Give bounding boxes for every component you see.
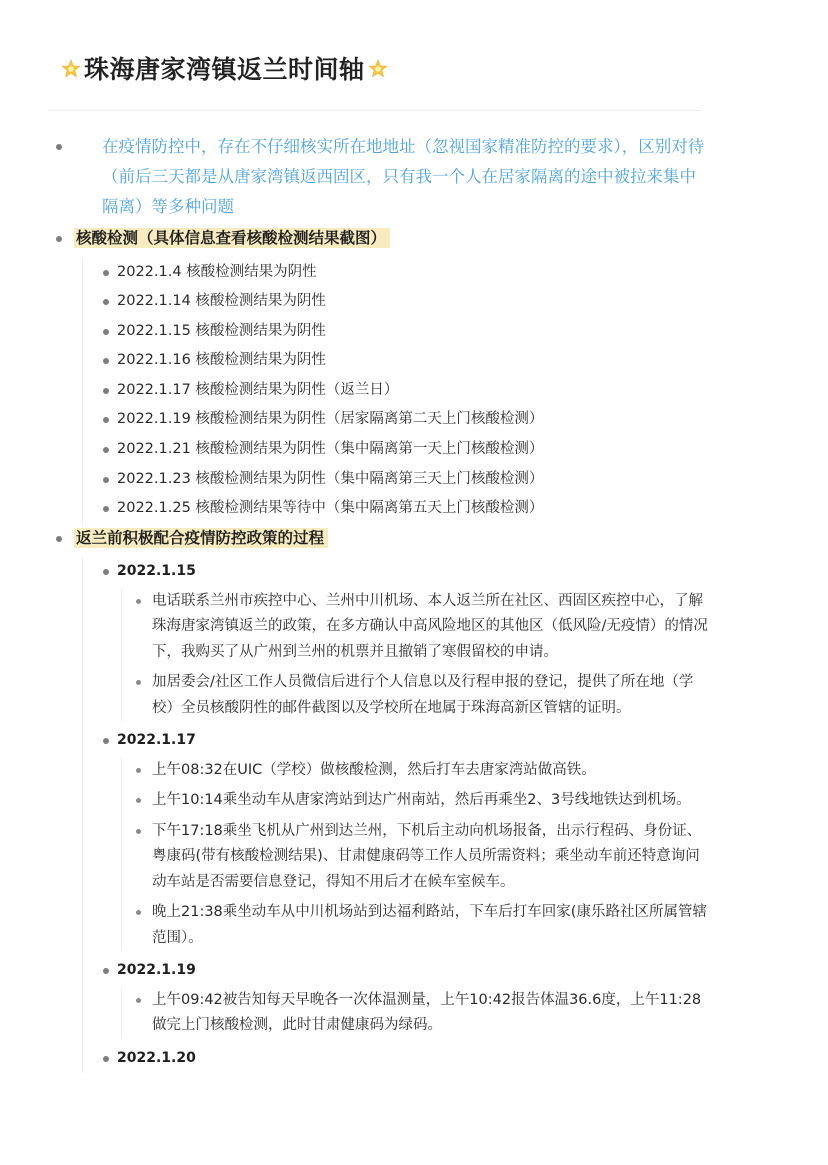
nucleic-test-list: 2022.1.4 核酸检测结果为阴性 2022.1.14 核酸检测结果为阴性 2… bbox=[82, 258, 712, 524]
section-heading: 核酸检测（具体信息查看核酸检测结果截图） bbox=[74, 228, 390, 248]
list-item: 2022.1.21 核酸检测结果为阴性（集中隔离第一天上门核酸检测） bbox=[103, 435, 712, 465]
day-item: 2022.1.20 bbox=[103, 1044, 712, 1074]
list-item: 2022.1.16 核酸检测结果为阴性 bbox=[103, 346, 712, 376]
event-item: 晚上21:38乘坐动车从中川机场站到达福利路站，下车后打车回家(康乐路社区所属管… bbox=[136, 900, 712, 951]
section-heading: 返兰前积极配合疫情防控政策的过程 bbox=[74, 528, 328, 548]
list-item: 2022.1.19 核酸检测结果为阴性（居家隔离第二天上门核酸检测） bbox=[103, 405, 712, 435]
event-item: 上午09:42被告知每天早晚各一次体温测量，上午10:42报告体温36.6度，上… bbox=[136, 988, 712, 1039]
intro-paragraph: 在疫情防控中，存在不仔细核实所在地地址（忽视国家精准防控的要求），区别对待（前后… bbox=[52, 132, 712, 222]
section-nucleic-tests: 核酸检测（具体信息查看核酸检测结果截图） 2022.1.4 核酸检测结果为阴性 … bbox=[52, 224, 712, 524]
day-item: 2022.1.15 电话联系兰州市疾控中心、兰州中川机场、本人返兰所在社区、西固… bbox=[103, 557, 712, 721]
event-list: 上午08:32在UIC（学校）做核酸检测，然后打车去唐家湾站做高铁。 上午10:… bbox=[121, 758, 712, 952]
event-item: 电话联系兰州市疾控中心、兰州中川机场、本人返兰所在社区、西固区疾控中心，了解珠海… bbox=[136, 589, 712, 666]
event-list: 上午09:42被告知每天早晚各一次体温测量，上午10:42报告体温36.6度，上… bbox=[121, 988, 712, 1039]
day-list: 2022.1.15 电话联系兰州市疾控中心、兰州中川机场、本人返兰所在社区、西固… bbox=[82, 557, 712, 1073]
list-item: 2022.1.15 核酸检测结果为阴性 bbox=[103, 317, 712, 347]
day-item: 2022.1.19 上午09:42被告知每天早晚各一次体温测量，上午10:42报… bbox=[103, 956, 712, 1039]
page-title: 珠海唐家湾镇返兰时间轴 bbox=[58, 50, 391, 86]
top-level-list: 在疫情防控中，存在不仔细核实所在地地址（忽视国家精准防控的要求），区别对待（前后… bbox=[52, 132, 712, 1073]
event-list: 电话联系兰州市疾控中心、兰州中川机场、本人返兰所在社区、西固区疾控中心，了解珠海… bbox=[121, 589, 712, 722]
event-item: 加居委会/社区工作人员微信后进行个人信息以及行程申报的登记，提供了所在地（学校）… bbox=[136, 670, 712, 721]
day-date: 2022.1.19 bbox=[117, 962, 196, 978]
sparkle-star-icon bbox=[367, 57, 389, 79]
list-item: 2022.1.17 核酸检测结果为阴性（返兰日） bbox=[103, 376, 712, 406]
section-process: 返兰前积极配合疫情防控政策的过程 2022.1.15 电话联系兰州市疾控中心、兰… bbox=[52, 524, 712, 1074]
page-title-text: 珠海唐家湾镇返兰时间轴 bbox=[84, 50, 365, 86]
list-item: 2022.1.14 核酸检测结果为阴性 bbox=[103, 287, 712, 317]
list-item: 2022.1.25 核酸检测结果等待中（集中隔离第五天上门核酸检测） bbox=[103, 494, 712, 524]
day-date: 2022.1.15 bbox=[117, 563, 196, 579]
list-item: 2022.1.23 核酸检测结果为阴性（集中隔离第三天上门核酸检测） bbox=[103, 465, 712, 495]
document-body: 在疫情防控中，存在不仔细核实所在地地址（忽视国家精准防控的要求），区别对待（前后… bbox=[52, 132, 712, 1073]
day-date: 2022.1.20 bbox=[117, 1050, 196, 1066]
sparkle-star-icon bbox=[60, 57, 82, 79]
list-item: 2022.1.4 核酸检测结果为阴性 bbox=[103, 258, 712, 288]
day-date: 2022.1.17 bbox=[117, 732, 196, 748]
event-item: 上午10:14乘坐动车从唐家湾站到达广州南站，然后再乘坐2、3号线地铁达到机场。 bbox=[136, 788, 712, 814]
event-item: 下午17:18乘坐飞机从广州到达兰州，下机后主动向机场报备，出示行程码、身份证、… bbox=[136, 819, 712, 896]
day-item: 2022.1.17 上午08:32在UIC（学校）做核酸检测，然后打车去唐家湾站… bbox=[103, 726, 712, 951]
event-item: 上午08:32在UIC（学校）做核酸检测，然后打车去唐家湾站做高铁。 bbox=[136, 758, 712, 784]
title-divider bbox=[48, 110, 700, 111]
